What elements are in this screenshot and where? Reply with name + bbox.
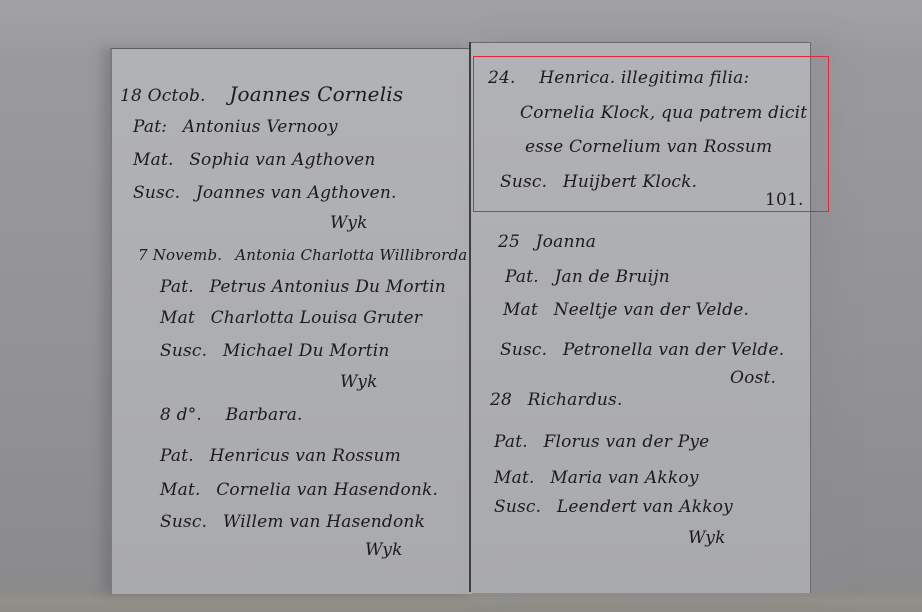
place-note: Wyk <box>688 528 726 548</box>
entry-header: 8 d°. Barbara. <box>160 405 303 425</box>
mother-label: Mat. <box>494 468 535 488</box>
child-name: Joannes Cornelis <box>229 82 403 106</box>
father-line: Pat: Antonius Vernooy <box>133 117 338 137</box>
mother-name: Neeltje van der Velde. <box>554 300 750 320</box>
father-label: Pat: <box>133 117 167 137</box>
sponsor-label: Susc. <box>160 341 207 361</box>
mother-name: Charlotta Louisa Gruter <box>211 308 423 328</box>
entry-date: 25 <box>498 232 520 252</box>
sponsor-label: Susc. <box>494 497 541 517</box>
child-name: Joanna <box>536 232 596 252</box>
sponsor-line: Susc. Leendert van Akkoy <box>494 497 733 517</box>
father-line: Pat. Henricus van Rossum <box>160 446 401 466</box>
entry-date: 18 Octob. <box>120 86 206 106</box>
book-spine <box>469 42 471 592</box>
entry-header: 7 Novemb. Antonia Charlotta Willibrorda <box>138 246 467 264</box>
father-name: Antonius Vernooy <box>183 117 338 137</box>
mother-label: Mat. <box>133 150 174 170</box>
selection-highlight-box <box>473 56 829 212</box>
father-label: Pat. <box>160 277 194 297</box>
sponsor-name: Michael Du Mortin <box>223 341 390 361</box>
sponsor-name: Leendert van Akkoy <box>557 497 733 517</box>
father-line: Pat. Florus van der Pye <box>494 432 709 452</box>
father-label: Pat. <box>160 446 194 466</box>
sponsor-label: Susc. <box>133 183 180 203</box>
sponsor-line: Susc. Petronella van der Velde. <box>500 340 784 360</box>
father-name: Petrus Antonius Du Mortin <box>209 277 446 297</box>
child-name: Antonia Charlotta Willibrorda <box>235 246 467 264</box>
mother-name: Cornelia van Hasendonk. <box>216 480 438 500</box>
sponsor-line: Susc. Joannes van Agthoven. <box>133 183 397 203</box>
father-line: Pat. Petrus Antonius Du Mortin <box>160 277 446 297</box>
father-name: Henricus van Rossum <box>209 446 400 466</box>
sponsor-name: Petronella van der Velde. <box>563 340 784 360</box>
mother-line: Mat. Cornelia van Hasendonk. <box>160 480 438 500</box>
entry-date: 8 d°. <box>160 405 202 425</box>
father-label: Pat. <box>505 267 539 287</box>
sponsor-label: Susc. <box>500 340 547 360</box>
mother-label: Mat <box>503 300 538 320</box>
place-note: Wyk <box>330 213 368 233</box>
entry-header: 28 Richardus. <box>490 390 623 410</box>
sponsor-line: Susc. Michael Du Mortin <box>160 341 390 361</box>
sponsor-name: Willem van Hasendonk <box>223 512 425 532</box>
entry-date: 7 Novemb. <box>138 246 222 264</box>
father-name: Jan de Bruijn <box>554 267 669 287</box>
mother-line: Mat. Maria van Akkoy <box>494 468 699 488</box>
child-name: Richardus. <box>528 390 623 410</box>
mother-line: Mat Neeltje van der Velde. <box>503 300 749 320</box>
entry-header: 25 Joanna <box>498 232 596 252</box>
place-note: Wyk <box>365 540 403 560</box>
mother-label: Mat <box>160 308 195 328</box>
father-name: Florus van der Pye <box>543 432 709 452</box>
mother-name: Sophia van Agthoven <box>189 150 375 170</box>
entry-header: 18 Octob. Joannes Cornelis <box>120 82 403 106</box>
place-note: Wyk <box>340 372 378 392</box>
sponsor-name: Joannes van Agthoven. <box>196 183 397 203</box>
mother-label: Mat. <box>160 480 201 500</box>
sponsor-line: Susc. Willem van Hasendonk <box>160 512 425 532</box>
mother-line: Mat. Sophia van Agthoven <box>133 150 376 170</box>
father-label: Pat. <box>494 432 528 452</box>
father-line: Pat. Jan de Bruijn <box>505 267 670 287</box>
mother-name: Maria van Akkoy <box>550 468 698 488</box>
place-note: Oost. <box>730 368 776 388</box>
mother-line: Mat Charlotta Louisa Gruter <box>160 308 422 328</box>
child-name: Barbara. <box>226 405 303 425</box>
sponsor-label: Susc. <box>160 512 207 532</box>
entry-date: 28 <box>490 390 512 410</box>
